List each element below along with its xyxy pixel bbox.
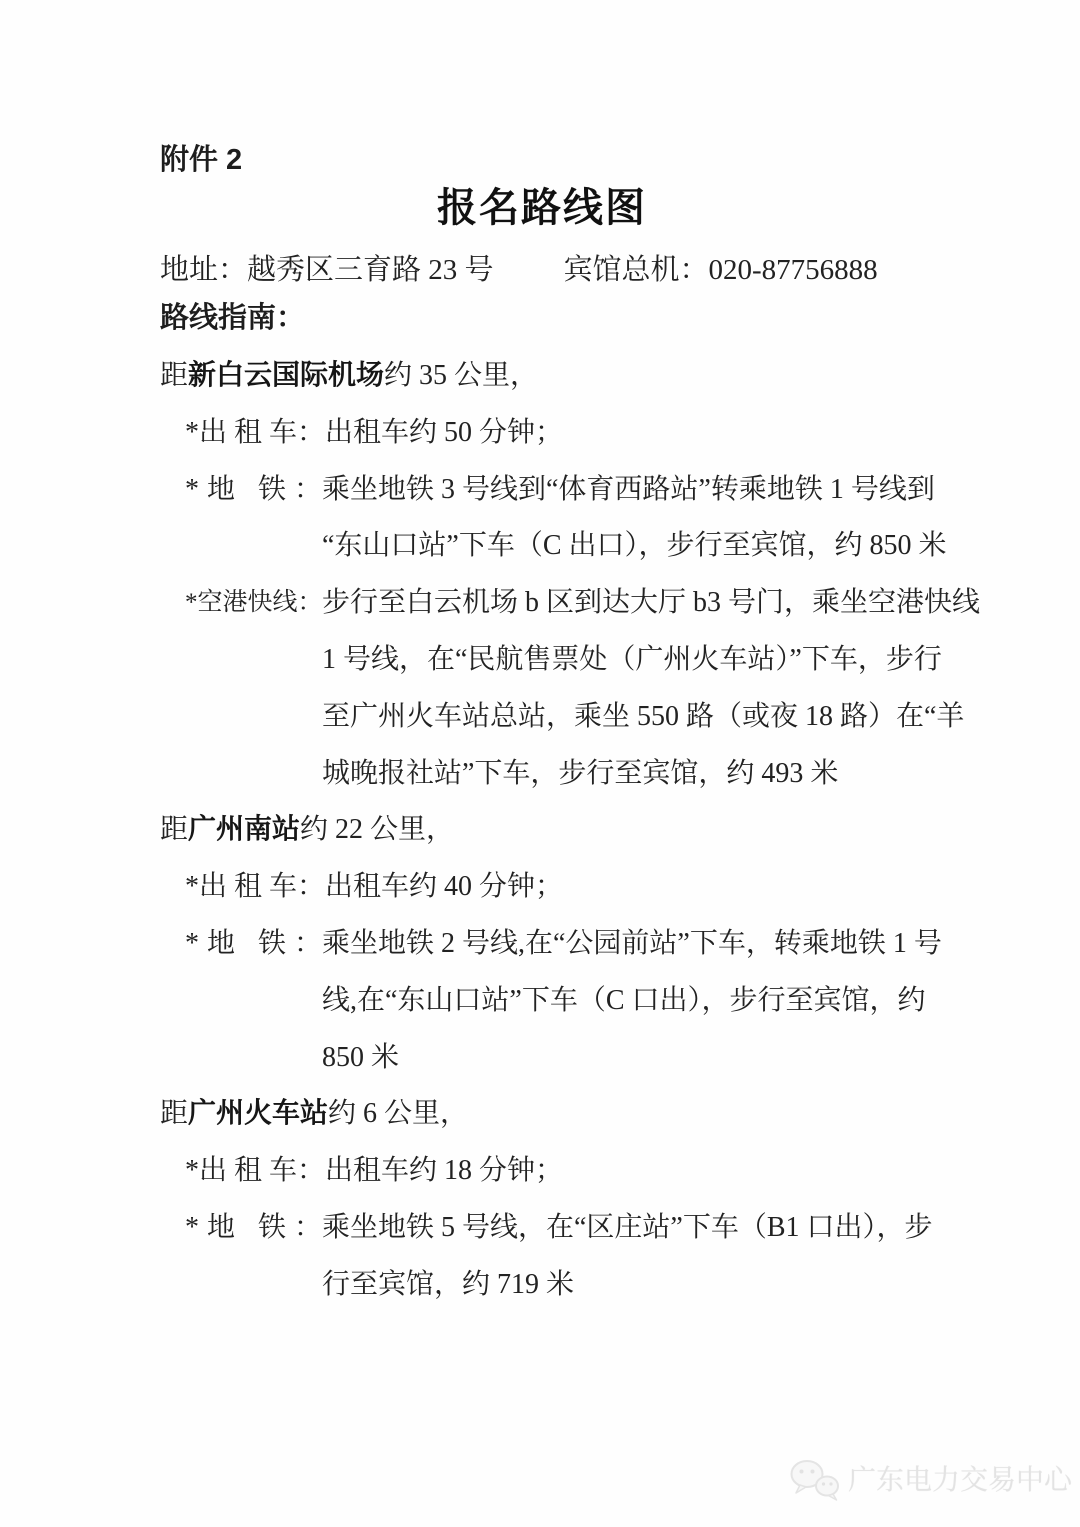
route-row-taxi: *出 租 车： 出租车约 50 分钟； [160,405,1040,462]
watermark-text: 广东电力交易中心 [848,1460,1072,1500]
route-row-taxi: *出 租 车： 出租车约 18 分钟； [160,1143,1040,1200]
route-line: “东山口站”下车（C 出口），步行至宾馆，约 850 米 [322,518,1040,575]
wechat-icon [788,1458,842,1502]
route-content: 步行至白云机场 b 区到达大厅 b3 号门，乘坐空港快线 1 号线，在“民航售票… [322,575,1040,802]
route-line: 出租车约 18 分钟； [325,1143,1040,1200]
route-content: 出租车约 18 分钟； [325,1143,1040,1200]
station-name: 广州南站 [188,814,300,845]
route-line: 至广州火车站总站，乘坐 550 路（或夜 18 路）在“羊 [322,689,1040,746]
distance-prefix: 距 [160,1098,188,1129]
route-label: *空港快线： [185,575,322,632]
route-line: 城晚报社站”下车，步行至宾馆，约 493 米 [322,746,1040,803]
route-label: *地 铁： [185,462,322,519]
route-line: 1 号线，在“民航售票处（广州火车站）”下车，步行 [322,632,1040,689]
distance-prefix: 距 [160,814,188,845]
address-text: 地址：越秀区三育路 23 号 [160,250,494,290]
route-content: 乘坐地铁 3 号线到“体育西路站”转乘地铁 1 号线到 “东山口站”下车（C 出… [322,462,1040,576]
route-line: 850 米 [322,1030,1040,1087]
route-line: 乘坐地铁 2 号线,在“公园前站”下车，转乘地铁 1 号 [322,916,1040,973]
distance-suffix: 约 6 公里， [328,1098,468,1129]
section-airport: 距新白云国际机场约 35 公里， *出 租 车： 出租车约 50 分钟； *地 … [160,348,1040,802]
routes-body: 距新白云国际机场约 35 公里， *出 租 车： 出租车约 50 分钟； *地 … [160,348,1040,1314]
route-line: 出租车约 50 分钟； [325,405,1040,462]
route-line: 行至宾馆，约 719 米 [322,1257,1040,1314]
section-header: 距广州南站约 22 公里， [160,802,1040,859]
route-content: 乘坐地铁 5 号线，在“区庄站”下车（B1 口出），步 行至宾馆，约 719 米 [322,1200,1040,1314]
route-label: *出 租 车： [185,859,325,916]
distance-prefix: 距 [160,360,188,391]
route-content: 乘坐地铁 2 号线,在“公园前站”下车，转乘地铁 1 号 线,在“东山口站”下车… [322,916,1040,1086]
route-row-metro: *地 铁： 乘坐地铁 5 号线，在“区庄站”下车（B1 口出），步 行至宾馆，约… [160,1200,1040,1314]
route-line: 乘坐地铁 3 号线到“体育西路站”转乘地铁 1 号线到 [322,462,1040,519]
route-line: 乘坐地铁 5 号线，在“区庄站”下车（B1 口出），步 [322,1200,1040,1257]
route-label: *地 铁： [185,916,322,973]
section-south-station: 距广州南站约 22 公里， *出 租 车： 出租车约 40 分钟； *地 铁： … [160,802,1040,1086]
route-row-metro: *地 铁： 乘坐地铁 3 号线到“体育西路站”转乘地铁 1 号线到 “东山口站”… [160,462,1040,576]
route-row-airport-express: *空港快线： 步行至白云机场 b 区到达大厅 b3 号门，乘坐空港快线 1 号线… [160,575,1040,802]
route-line: 步行至白云机场 b 区到达大厅 b3 号门，乘坐空港快线 [322,575,1040,632]
watermark: 广东电力交易中心 [788,1458,1072,1502]
route-row-taxi: *出 租 车： 出租车约 40 分钟； [160,859,1040,916]
route-label: *地 铁： [185,1200,322,1257]
section-railway-station: 距广州火车站约 6 公里， *出 租 车： 出租车约 18 分钟； *地 铁： … [160,1086,1040,1313]
station-name: 新白云国际机场 [188,360,384,391]
section-header: 距新白云国际机场约 35 公里， [160,348,1040,405]
document-page: 附件 2 报名路线图 地址：越秀区三育路 23 号 宾馆总机：020-87756… [0,0,1080,1527]
address-row: 地址：越秀区三育路 23 号 宾馆总机：020-87756888 [160,250,1040,290]
route-label: *出 租 车： [185,405,325,462]
distance-suffix: 约 22 公里， [300,814,454,845]
document-content: 附件 2 报名路线图 地址：越秀区三育路 23 号 宾馆总机：020-87756… [0,0,1080,1314]
route-label: *出 租 车： [185,1143,325,1200]
route-content: 出租车约 40 分钟； [325,859,1040,916]
route-line: 线,在“东山口站”下车（C 口出），步行至宾馆，约 [322,973,1040,1030]
section-header: 距广州火车站约 6 公里， [160,1086,1040,1143]
guide-heading: 路线指南： [160,298,1040,338]
distance-suffix: 约 35 公里， [384,360,538,391]
route-row-metro: *地 铁： 乘坐地铁 2 号线,在“公园前站”下车，转乘地铁 1 号 线,在“东… [160,916,1040,1086]
station-name: 广州火车站 [188,1098,328,1129]
attachment-label: 附件 2 [160,142,1040,178]
route-content: 出租车约 50 分钟； [325,405,1040,462]
hotline-text: 宾馆总机：020-87756888 [564,250,878,290]
route-line: 出租车约 40 分钟； [325,859,1040,916]
page-title: 报名路线图 [160,182,924,234]
